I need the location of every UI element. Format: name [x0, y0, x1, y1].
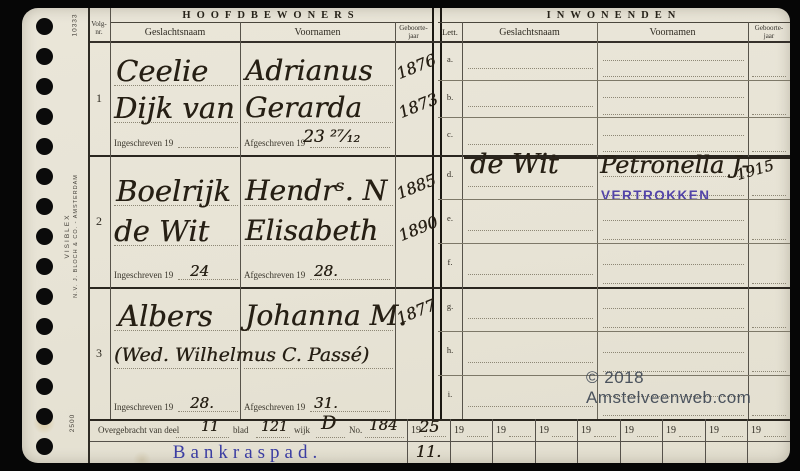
- punch-hole: [36, 438, 53, 455]
- col-header-volgnr: Volg- nr.: [88, 14, 110, 42]
- dotted-rule: [468, 406, 593, 407]
- afgeschreven-value: 28.: [314, 264, 338, 279]
- lett-label: b.: [438, 92, 462, 102]
- ingeschreven-label: Ingeschreven 19: [114, 270, 173, 280]
- volgnr-number: 3: [88, 287, 110, 419]
- scanned-register-photo: { "watermark": "© 2018 Amstelveenweb.com…: [0, 0, 800, 471]
- year-cell-prefix: 19: [751, 425, 761, 436]
- lett-label: c.: [438, 129, 462, 139]
- rule-line: [535, 419, 536, 463]
- dotted-rule: [424, 436, 446, 437]
- ingeschreven-value: 24: [190, 264, 209, 279]
- rule-line: [748, 22, 749, 419]
- rule-line: [597, 22, 598, 419]
- rule-line: [88, 287, 790, 289]
- dotted-rule: [603, 135, 744, 136]
- dotted-rule: [603, 264, 744, 265]
- rule-line: [110, 22, 432, 23]
- dotted-rule: [310, 147, 390, 148]
- dotted-rule: [752, 415, 786, 416]
- afgeschreven-value: 31.: [314, 396, 338, 411]
- dotted-rule: [468, 68, 593, 69]
- dotted-rule: [552, 436, 573, 437]
- dotted-rule: [603, 76, 744, 77]
- dotted-rule: [603, 283, 744, 284]
- rule-line: [450, 419, 451, 463]
- dotted-rule: [764, 436, 786, 437]
- punch-hole: [36, 108, 53, 125]
- col-header-surname-right: Geslachtsnaam: [462, 22, 597, 42]
- afgeschreven-label: Afgeschreven 19: [244, 402, 305, 412]
- resident-firstnames: Gerarda: [245, 94, 362, 122]
- year-cell-prefix: 19: [454, 425, 464, 436]
- resident-firstnames: Johanna M.: [245, 302, 407, 330]
- lett-label: g.: [438, 301, 462, 311]
- punch-hole: [36, 48, 53, 65]
- resident-surname: Dijk van: [114, 94, 235, 123]
- dotted-rule: [468, 274, 593, 275]
- rule-line: [705, 419, 706, 463]
- rule-line: [492, 419, 493, 463]
- dotted-rule: [752, 151, 786, 152]
- year-cell-prefix: 19: [624, 425, 634, 436]
- rule-line: [407, 419, 408, 463]
- year-cell-prefix: 19: [496, 425, 506, 436]
- resident-surname: de Wit: [114, 217, 209, 246]
- punch-hole: [36, 258, 53, 275]
- punch-hole: [36, 138, 53, 155]
- punch-hole: [36, 318, 53, 335]
- dotted-rule: [468, 144, 593, 145]
- dotted-rule: [603, 97, 744, 98]
- ingeschreven-label: Ingeschreven 19: [114, 402, 173, 412]
- rule-line: [464, 157, 790, 159]
- year-cell-prefix: 19: [666, 425, 676, 436]
- lett-label: f.: [438, 257, 462, 267]
- street-stamp: Bankraspad.: [88, 442, 407, 463]
- stock-number-bottom: 2500: [53, 416, 93, 429]
- manufacturer-imprint-text: VISIBLEX N.V. J. BLOCH & CO. - AMSTERDAM: [64, 174, 80, 298]
- punch-hole: [36, 18, 53, 35]
- dotted-rule: [594, 436, 616, 437]
- resident-surname: Albers: [118, 302, 213, 331]
- afgeschreven-label: Afgeschreven 19: [244, 270, 305, 280]
- transfer-value-wijk: D: [321, 414, 336, 433]
- inwonende-surname: de Wit: [470, 151, 559, 178]
- dotted-rule: [752, 283, 786, 284]
- resident-surname: (Wed. Wilhelmus C. Passé): [114, 346, 369, 365]
- copyright-watermark: © 2018 Amstelveenweb.com: [586, 368, 790, 408]
- col-header-volgnr-line2: nr.: [95, 28, 102, 36]
- resident-surname: Boelrijk: [116, 177, 231, 206]
- ingeschreven-label: Ingeschreven 19: [114, 138, 173, 148]
- year-cell-written: 25: [419, 419, 439, 435]
- dotted-rule: [468, 318, 593, 319]
- transfer-label-deel: Overgebracht van deel: [98, 425, 179, 435]
- dotted-rule: [752, 114, 786, 115]
- year-cell-prefix: 19: [581, 425, 591, 436]
- col-header-firstnames-left: Voornamen: [240, 22, 395, 42]
- dotted-rule: [722, 436, 743, 437]
- rule-line: [438, 117, 790, 118]
- col-header-birthyear-left-line1: Geboorte-: [399, 24, 427, 32]
- stock-number-top-text: 10333: [72, 13, 80, 36]
- dotted-rule: [114, 368, 238, 369]
- inwonenden-title: INWONENDEN: [438, 8, 790, 22]
- dotted-rule: [244, 368, 393, 369]
- rule-line: [620, 419, 621, 463]
- rule-line: [395, 22, 396, 419]
- dotted-rule: [468, 106, 593, 107]
- dotted-rule: [365, 437, 404, 438]
- house-number: 11.: [407, 441, 450, 463]
- dotted-rule: [603, 239, 744, 240]
- punch-hole: [36, 348, 53, 365]
- dotted-rule: [603, 352, 744, 353]
- punch-hole: [36, 378, 53, 395]
- brand-sub: N.V. J. BLOCH & CO. - AMSTERDAM: [72, 174, 80, 298]
- dotted-rule: [468, 186, 593, 187]
- rule-line: [747, 419, 748, 463]
- rule-line: [438, 199, 790, 200]
- afgeschreven-label: Afgeschreven 19: [244, 138, 305, 148]
- rule-line: [88, 41, 790, 43]
- dotted-rule: [468, 230, 593, 231]
- dotted-rule: [679, 436, 701, 437]
- dotted-rule: [178, 147, 238, 148]
- dotted-rule: [752, 239, 786, 240]
- col-header-surname-left: Geslachtsnaam: [110, 22, 240, 42]
- col-header-birthyear-right-line2: jaar: [764, 32, 775, 40]
- rule-line: [110, 8, 111, 419]
- transfer-value-deel: 11: [201, 420, 219, 434]
- resident-firstnames: Elisabeth: [245, 217, 378, 245]
- transfer-label-blad: blad: [233, 425, 249, 435]
- punch-hole: [36, 288, 53, 305]
- punch-hole: [36, 198, 53, 215]
- register-card: 10333 VISIBLEX N.V. J. BLOCH & CO. - AMS…: [22, 8, 790, 463]
- lett-label: h.: [438, 345, 462, 355]
- dotted-rule: [752, 76, 786, 77]
- dotted-rule: [603, 114, 744, 115]
- dotted-rule: [752, 327, 786, 328]
- rule-line: [438, 331, 790, 332]
- rule-line: [438, 22, 790, 23]
- col-header-birthyear-left-line2: jaar: [408, 32, 419, 40]
- ingeschreven-value: 28.: [190, 396, 214, 411]
- col-header-birthyear-right: Geboorte- jaar: [748, 22, 790, 42]
- volgnr-number: 2: [88, 155, 110, 287]
- lett-label: d.: [438, 169, 462, 179]
- dotted-rule: [603, 220, 744, 221]
- transfer-value-blad: 121: [261, 420, 288, 434]
- dotted-rule: [603, 308, 744, 309]
- resident-firstnames: Adrianus: [245, 57, 373, 85]
- dotted-rule: [637, 436, 658, 437]
- dotted-rule: [603, 60, 744, 61]
- punch-hole: [36, 168, 53, 185]
- rule-line: [577, 419, 578, 463]
- dotted-rule: [256, 437, 290, 438]
- dotted-rule: [509, 436, 531, 437]
- punch-hole: [36, 78, 53, 95]
- dotted-rule: [752, 195, 786, 196]
- col-header-birthyear-right-line1: Geboorte-: [755, 24, 783, 32]
- col-header-birthyear-left: Geboorte- jaar: [395, 22, 432, 42]
- hoofdbewoners-title: HOOFDBEWONERS: [110, 8, 432, 22]
- resident-surname: Ceelie: [116, 57, 208, 86]
- dotted-rule: [316, 437, 345, 438]
- brand-name: VISIBLEX: [64, 174, 72, 298]
- transfer-value-no: 184: [369, 418, 398, 433]
- rule-line: [662, 419, 663, 463]
- stock-number-bottom-text: 2500: [69, 413, 77, 431]
- year-cell-prefix: 19: [709, 425, 719, 436]
- dotted-rule: [603, 327, 744, 328]
- afgeschreven-value: 23 ²⁷⁄₁₂: [303, 129, 360, 146]
- col-header-firstnames-right: Voornamen: [597, 22, 748, 42]
- transfer-label-no: No.: [349, 425, 362, 435]
- dotted-rule: [468, 362, 593, 363]
- lett-label: a.: [438, 54, 462, 64]
- punch-hole: [36, 408, 53, 425]
- rule-line: [438, 243, 790, 244]
- rule-line: [462, 22, 463, 419]
- dotted-rule: [603, 415, 744, 416]
- dotted-rule: [467, 436, 488, 437]
- lett-label: i.: [438, 389, 462, 399]
- volgnr-number: 1: [88, 42, 110, 155]
- col-header-volgnr-line1: Volg-: [91, 20, 106, 28]
- lett-label: e.: [438, 213, 462, 223]
- resident-firstnames: Hendrˢ. N: [245, 177, 387, 205]
- vertrokken-stamp: VERTROKKEN: [601, 188, 711, 203]
- year-cell-prefix: 19: [539, 425, 549, 436]
- rule-line: [438, 80, 790, 81]
- dotted-rule: [176, 437, 229, 438]
- transfer-label-wijk: wijk: [294, 425, 310, 435]
